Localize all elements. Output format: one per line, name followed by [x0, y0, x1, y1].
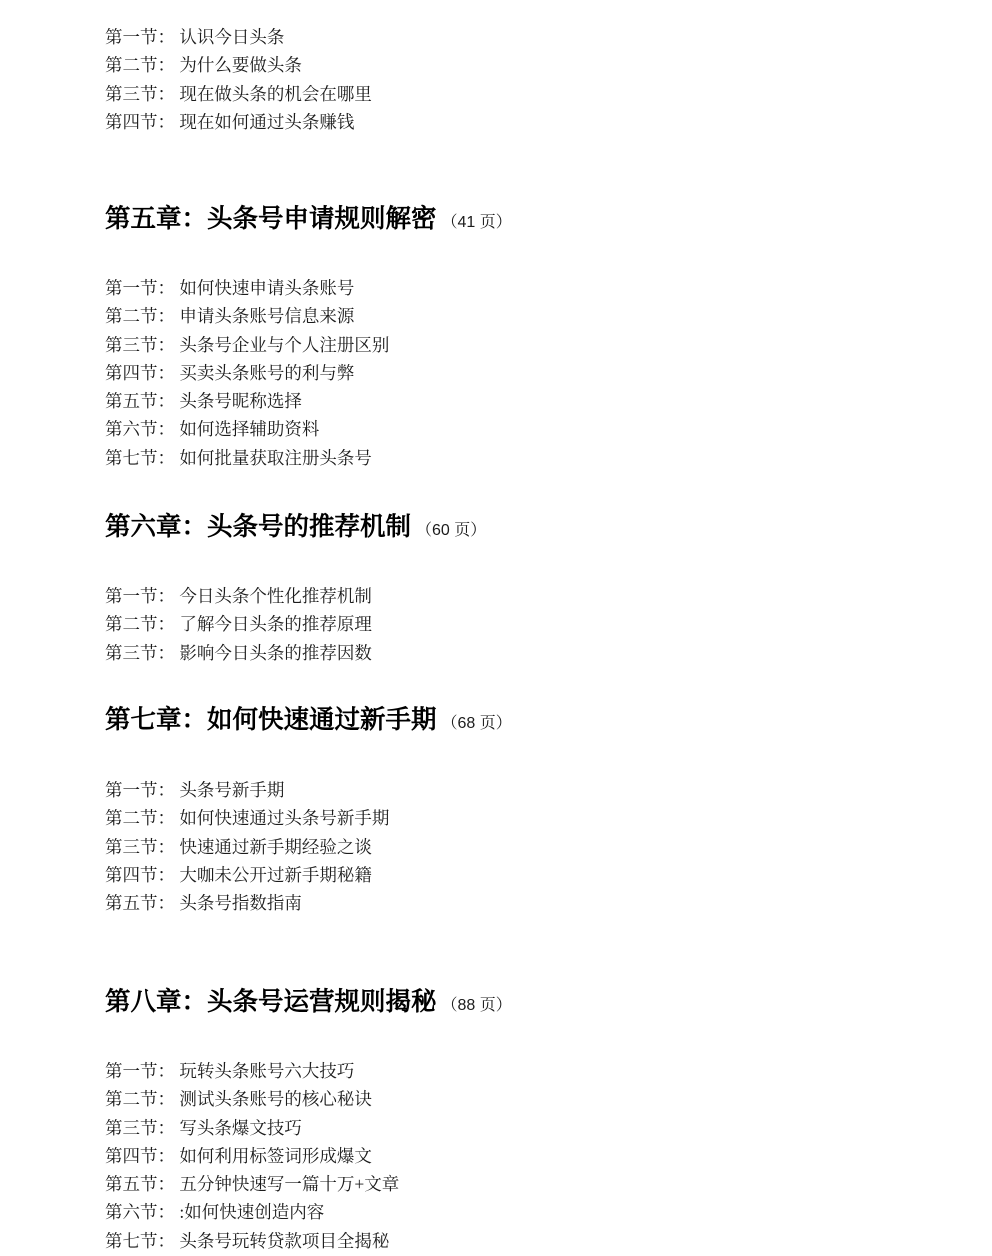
toc-section-item: 第一节： 头条号新手期: [105, 776, 389, 804]
toc-section-item: 第五节： 五分钟快速写一篇十万+文章: [105, 1170, 399, 1198]
toc-section-item: 第三节： 头条号企业与个人注册区别: [105, 331, 389, 359]
toc-section-item: 第七节： 如何批量获取注册头条号: [105, 444, 389, 472]
toc-section-item: 第三节： 写头条爆文技巧: [105, 1114, 399, 1142]
intro-section-list: 第一节： 认识今日头条 第二节： 为什么要做头条 第三节： 现在做头条的机会在哪…: [105, 23, 372, 136]
toc-section-item: 第二节： 为什么要做头条: [105, 51, 372, 79]
chapter-7-section-list: 第一节： 头条号新手期 第二节： 如何快速通过头条号新手期 第三节： 快速通过新…: [105, 776, 389, 917]
toc-section-item: 第二节： 如何快速通过头条号新手期: [105, 804, 389, 832]
toc-section-item: 第一节： 今日头条个性化推荐机制: [105, 582, 372, 610]
toc-section-item: 第五节： 头条号指数指南: [105, 889, 389, 917]
chapter-heading-8: 第八章：头条号运营规则揭秘（88 页）: [105, 985, 512, 1023]
chapter-5-section-list: 第一节： 如何快速申请头条账号 第二节： 申请头条账号信息来源 第三节： 头条号…: [105, 274, 389, 472]
toc-section-item: 第六节： 如何选择辅助资料: [105, 415, 389, 443]
toc-section-item: 第三节： 现在做头条的机会在哪里: [105, 80, 372, 108]
chapter-heading-5: 第五章：头条号申请规则解密（41 页）: [105, 202, 512, 240]
chapter-heading-7: 第七章：如何快速通过新手期（68 页）: [105, 703, 512, 741]
chapter-heading-6: 第六章：头条号的推荐机制（60 页）: [105, 510, 486, 548]
chapter-6-section-list: 第一节： 今日头条个性化推荐机制 第二节： 了解今日头条的推荐原理 第三节： 影…: [105, 582, 372, 667]
toc-section-item: 第二节： 申请头条账号信息来源: [105, 302, 389, 330]
chapter-page-count: （88 页）: [442, 997, 512, 1014]
toc-section-item: 第五节： 头条号昵称选择: [105, 387, 389, 415]
toc-section-item: 第四节： 买卖头条账号的利与弊: [105, 359, 389, 387]
toc-section-item: 第一节： 认识今日头条: [105, 23, 372, 51]
toc-section-item: 第三节： 快速通过新手期经验之谈: [105, 833, 389, 861]
toc-section-item: 第四节： 如何利用标签词形成爆文: [105, 1142, 399, 1170]
toc-section-item: 第七节： 头条号玩转贷款项目全揭秘: [105, 1227, 399, 1255]
chapter-title: 第七章：如何快速通过新手期: [105, 706, 437, 734]
chapter-8-section-list: 第一节： 玩转头条账号六大技巧 第二节： 测试头条账号的核心秘诀 第三节： 写头…: [105, 1057, 399, 1255]
chapter-page-count: （68 页）: [442, 715, 512, 732]
toc-section-item: 第四节： 大咖未公开过新手期秘籍: [105, 861, 389, 889]
toc-section-item: 第六节： :如何快速创造内容: [105, 1198, 399, 1226]
chapter-page-count: （60 页）: [416, 522, 486, 539]
toc-section-item: 第一节： 玩转头条账号六大技巧: [105, 1057, 399, 1085]
chapter-title: 第五章：头条号申请规则解密: [105, 205, 437, 233]
toc-section-item: 第二节： 了解今日头条的推荐原理: [105, 610, 372, 638]
toc-section-item: 第三节： 影响今日头条的推荐因数: [105, 639, 372, 667]
toc-section-item: 第四节： 现在如何通过头条赚钱: [105, 108, 372, 136]
toc-section-item: 第一节： 如何快速申请头条账号: [105, 274, 389, 302]
toc-section-item: 第二节： 测试头条账号的核心秘诀: [105, 1085, 399, 1113]
chapter-title: 第八章：头条号运营规则揭秘: [105, 988, 437, 1016]
chapter-page-count: （41 页）: [442, 214, 512, 231]
chapter-title: 第六章：头条号的推荐机制: [105, 513, 411, 541]
document-page: 第一节： 认识今日头条 第二节： 为什么要做头条 第三节： 现在做头条的机会在哪…: [0, 0, 992, 1256]
